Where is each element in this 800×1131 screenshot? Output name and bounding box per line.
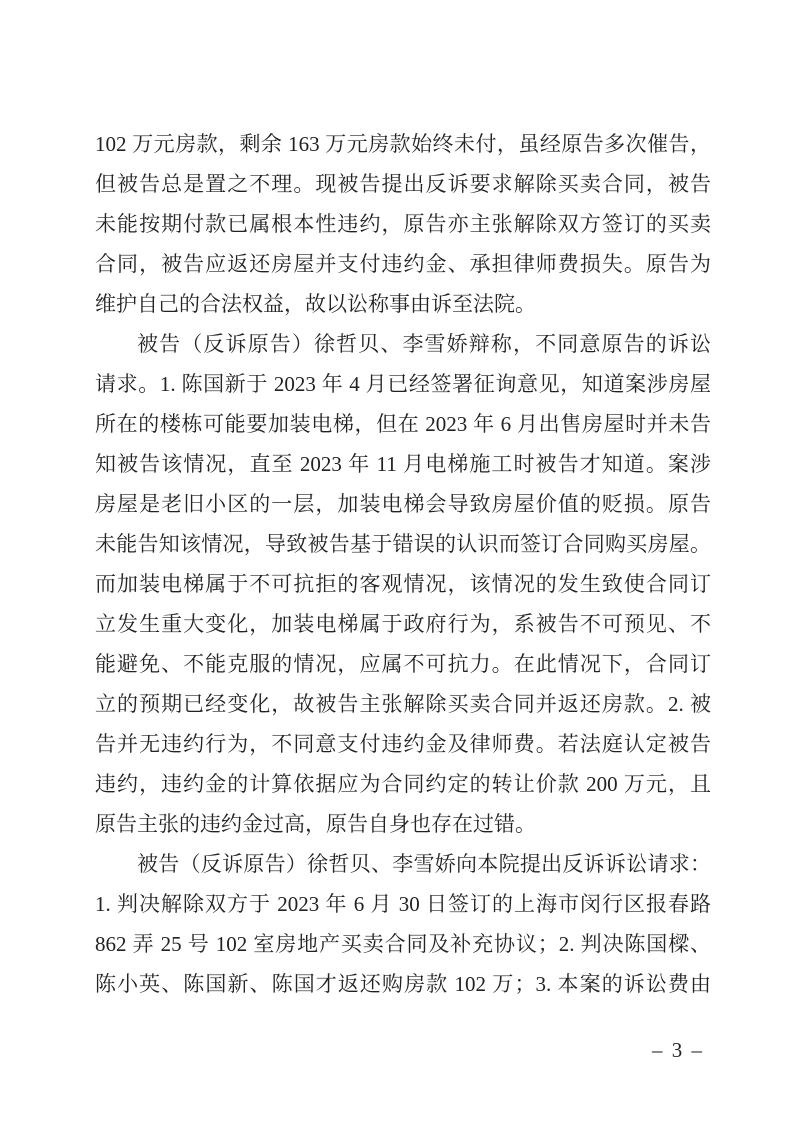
text-line: 但被告总是置之不理。现被告提出反诉要求解除买卖合同，被告: [95, 164, 711, 204]
text-line: 陈小英、陈国新、陈国才返还购房款 102 万；3. 本案的诉讼费由: [95, 964, 711, 1004]
document-body: 102 万元房款，剩余 163 万元房款始终未付，虽经原告多次催告，但被告总是置…: [95, 124, 711, 1004]
text-line: 原告主张的违约金过高，原告自身也存在过错。: [95, 804, 711, 844]
document-page: 102 万元房款，剩余 163 万元房款始终未付，虽经原告多次催告，但被告总是置…: [0, 0, 800, 1131]
text-line: 所在的楼栋可能要加装电梯，但在 2023 年 6 月出售房屋时并未告: [95, 404, 711, 444]
text-line: 维护自己的合法权益，故以讼称事由诉至法院。: [95, 284, 711, 324]
page-number: – 3 –: [652, 1036, 704, 1064]
text-line: 合同，被告应返还房屋并支付违约金、承担律师费损失。原告为: [95, 244, 711, 284]
text-line: 102 万元房款，剩余 163 万元房款始终未付，虽经原告多次催告，: [95, 124, 711, 164]
text-line: 1. 判决解除双方于 2023 年 6 月 30 日签订的上海市闵行区报春路: [95, 884, 711, 924]
text-line: 被告（反诉原告）徐哲贝、李雪娇辩称，不同意原告的诉讼: [95, 324, 711, 364]
text-line: 立发生重大变化，加装电梯属于政府行为，系被告不可预见、不: [95, 604, 711, 644]
text-line: 告并无违约行为，不同意支付违约金及律师费。若法庭认定被告: [95, 724, 711, 764]
text-line: 知被告该情况，直至 2023 年 11 月电梯施工时被告才知道。案涉: [95, 444, 711, 484]
text-line: 能避免、不能克服的情况，应属不可抗力。在此情况下，合同订: [95, 644, 711, 684]
text-line: 房屋是老旧小区的一层，加装电梯会导致房屋价值的贬损。原告: [95, 484, 711, 524]
text-line: 未能告知该情况，导致被告基于错误的认识而签订合同购买房屋。: [95, 524, 711, 564]
text-line: 862 弄 25 号 102 室房地产买卖合同及补充协议；2. 判决陈国樑、: [95, 924, 711, 964]
text-line: 未能按期付款已属根本性违约，原告亦主张解除双方签订的买卖: [95, 204, 711, 244]
text-line: 被告（反诉原告）徐哲贝、李雪娇向本院提出反诉诉讼请求：: [95, 844, 711, 884]
text-line: 请求。1. 陈国新于 2023 年 4 月已经签署征询意见，知道案涉房屋: [95, 364, 711, 404]
text-line: 违约，违约金的计算依据应为合同约定的转让价款 200 万元，且: [95, 764, 711, 804]
text-line: 立的预期已经变化，故被告主张解除买卖合同并返还房款。2. 被: [95, 684, 711, 724]
text-line: 而加装电梯属于不可抗拒的客观情况，该情况的发生致使合同订: [95, 564, 711, 604]
